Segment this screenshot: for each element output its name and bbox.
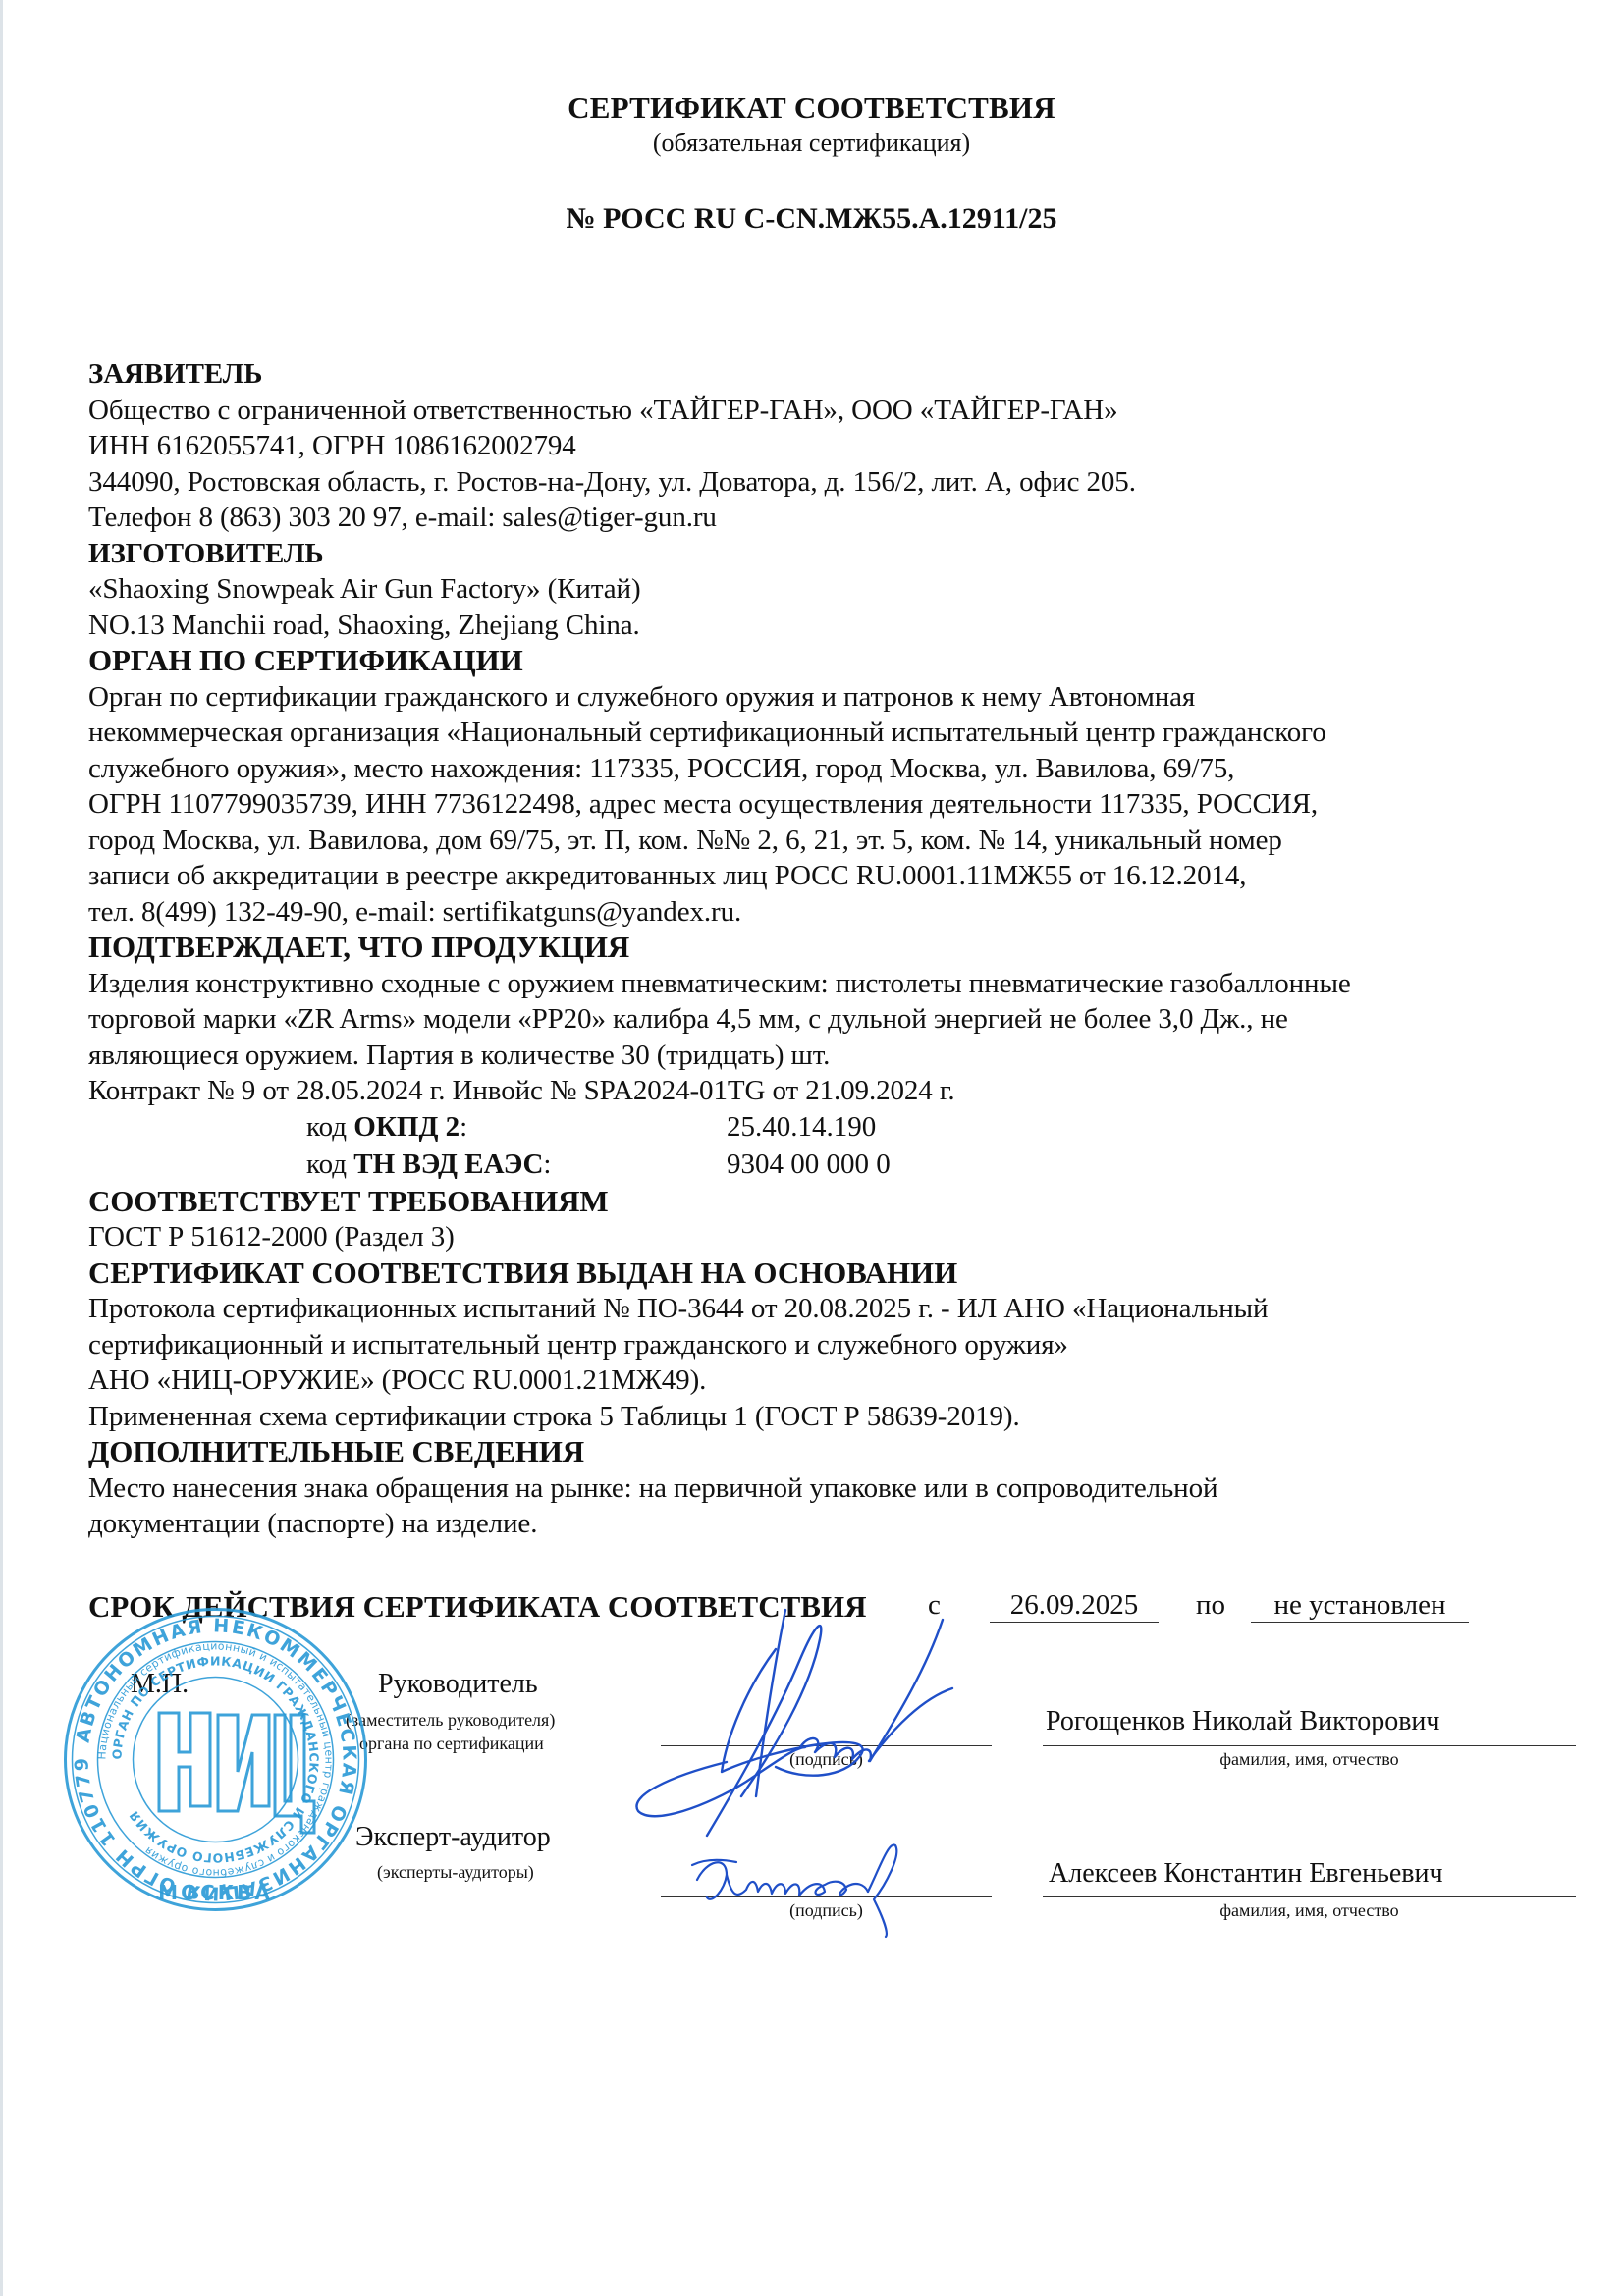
expert-name: Алексеев Константин Евгеньевич xyxy=(1049,1858,1443,1890)
text-line: являющиеся оружием. Партия в количестве … xyxy=(88,1038,1561,1074)
head-signature-icon xyxy=(628,1600,1041,1845)
section-heading: СЕРТИФИКАТ СООТВЕТСТВИЯ ВЫДАН НА ОСНОВАН… xyxy=(88,1255,1561,1292)
requirements-section: СООТВЕТСТВУЕТ ТРЕБОВАНИЯМ ГОСТ Р 51612-2… xyxy=(88,1184,1561,1255)
head-name-caption: фамилия, имя, отчество xyxy=(1043,1749,1576,1770)
code-okpd-value: 25.40.14.190 xyxy=(727,1109,876,1146)
document-subtitle: (обязательная сертификация) xyxy=(0,129,1623,158)
expert-role-sub1: (эксперты-аудиторы) xyxy=(377,1862,534,1883)
product-section: ПОДТВЕРЖДАЕТ, ЧТО ПРОДУКЦИЯ Изделия конс… xyxy=(88,930,1561,1184)
text-line: АНО «НИЦ-ОРУЖИЕ» (РОСС RU.0001.21МЖ49). xyxy=(88,1362,1561,1399)
basis-section: СЕРТИФИКАТ СООТВЕТСТВИЯ ВЫДАН НА ОСНОВАН… xyxy=(88,1255,1561,1435)
text-line: торговой марки «ZR Arms» модели «PP20» к… xyxy=(88,1001,1561,1038)
applicant-section: ЗАЯВИТЕЛЬ Общество с ограниченной ответс… xyxy=(88,356,1561,536)
section-heading: ПОДТВЕРЖДАЕТ, ЧТО ПРОДУКЦИЯ xyxy=(88,930,1561,966)
document-title: СЕРТИФИКАТ СООТВЕТСТВИЯ xyxy=(0,90,1623,126)
scan-edge xyxy=(0,0,3,2296)
expert-role: Эксперт-аудитор xyxy=(355,1822,551,1853)
text-line: Контракт № 9 от 28.05.2024 г. Инвойс № S… xyxy=(88,1073,1561,1109)
head-role-sub1: (заместитель руководителя) xyxy=(346,1710,555,1731)
certificate-body: ЗАЯВИТЕЛЬ Общество с ограниченной ответс… xyxy=(88,356,1561,1542)
product-codes: код ОКПД 2: 25.40.14.190 код ТН ВЭД ЕАЭС… xyxy=(88,1109,1561,1184)
head-role-sub2: органа по сертификации xyxy=(359,1734,544,1754)
certification-body-section: ОРГАН ПО СЕРТИФИКАЦИИ Орган по сертифика… xyxy=(88,643,1561,930)
section-heading: ИЗГОТОВИТЕЛЬ xyxy=(88,536,1561,572)
head-role: Руководитель xyxy=(378,1669,538,1700)
section-heading: ОРГАН ПО СЕРТИФИКАЦИИ xyxy=(88,643,1561,679)
svg-text:МОСКВА: МОСКВА xyxy=(158,1881,273,1904)
text-line: Орган по сертификации гражданского и слу… xyxy=(88,679,1561,716)
additional-section: ДОПОЛНИТЕЛЬНЫЕ СВЕДЕНИЯ Место нанесения … xyxy=(88,1434,1561,1542)
validity-to-label: по xyxy=(1196,1589,1225,1622)
text-line: Место нанесения знака обращения на рынке… xyxy=(88,1470,1561,1507)
validity-to-date: не установлен xyxy=(1251,1589,1469,1623)
section-heading: ЗАЯВИТЕЛЬ xyxy=(88,356,1561,393)
expert-name-caption: фамилия, имя, отчество xyxy=(1043,1900,1576,1921)
section-heading: ДОПОЛНИТЕЛЬНЫЕ СВЕДЕНИЯ xyxy=(88,1434,1561,1470)
applicant-address: 344090, Ростовская область, г. Ростов-на… xyxy=(88,464,1561,501)
text-line: сертификационный и испытательный центр г… xyxy=(88,1327,1561,1363)
manufacturer-name: «Shaoxing Snowpeak Air Gun Factory» (Кит… xyxy=(88,571,1561,608)
expert-signature-icon xyxy=(668,1821,982,1949)
text-line: ОГРН 1107799035739, ИНН 7736122498, адре… xyxy=(88,786,1561,823)
official-stamp-icon: АВТОНОМНАЯ НЕКОММЕРЧЕСКАЯ ОРГАНИЗАЦИЯ ОГ… xyxy=(61,1605,370,1914)
certificate-page: СЕРТИФИКАТ СООТВЕТСТВИЯ (обязательная се… xyxy=(0,0,1623,2296)
head-name: Рогощенков Николай Викторович xyxy=(1046,1706,1440,1737)
text-line: служебного оружия», место нахождения: 11… xyxy=(88,751,1561,787)
code-tnved-label: код ТН ВЭД ЕАЭС: xyxy=(306,1147,551,1183)
text-line: город Москва, ул. Вавилова, дом 69/75, э… xyxy=(88,823,1561,859)
section-heading: СООТВЕТСТВУЕТ ТРЕБОВАНИЯМ xyxy=(88,1184,1561,1220)
standard-ref: ГОСТ Р 51612-2000 (Раздел 3) xyxy=(88,1219,1561,1255)
text-line: некоммерческая организация «Национальный… xyxy=(88,715,1561,751)
certificate-number: № РОСС RU С-CN.МЖ55.А.12911/25 xyxy=(0,202,1623,236)
text-line: Примененная схема сертификации строка 5 … xyxy=(88,1399,1561,1435)
text-line: Протокола сертификационных испытаний № П… xyxy=(88,1291,1561,1327)
applicant-name: Общество с ограниченной ответственностью… xyxy=(88,393,1561,429)
text-line: записи об аккредитации в реестре аккреди… xyxy=(88,858,1561,894)
text-line: документации (паспорте) на изделие. xyxy=(88,1506,1561,1542)
code-tnved-value: 9304 00 000 0 xyxy=(727,1147,891,1183)
text-line: Изделия конструктивно сходные с оружием … xyxy=(88,966,1561,1002)
applicant-ids: ИНН 6162055741, ОГРН 1086162002794 xyxy=(88,428,1561,464)
head-name-line xyxy=(1043,1745,1576,1746)
expert-name-line xyxy=(1043,1896,1576,1897)
applicant-contacts: Телефон 8 (863) 303 20 97, e-mail: sales… xyxy=(88,500,1561,536)
manufacturer-address: NO.13 Manchii road, Shaoxing, Zhejiang C… xyxy=(88,608,1561,644)
code-okpd-label: код ОКПД 2: xyxy=(306,1109,467,1146)
text-line: тел. 8(499) 132-49-90, e-mail: sertifika… xyxy=(88,894,1561,931)
manufacturer-section: ИЗГОТОВИТЕЛЬ «Shaoxing Snowpeak Air Gun … xyxy=(88,536,1561,644)
svg-text:Национальный сертификационный: Национальный сертификационный и испытате… xyxy=(95,1639,335,1879)
